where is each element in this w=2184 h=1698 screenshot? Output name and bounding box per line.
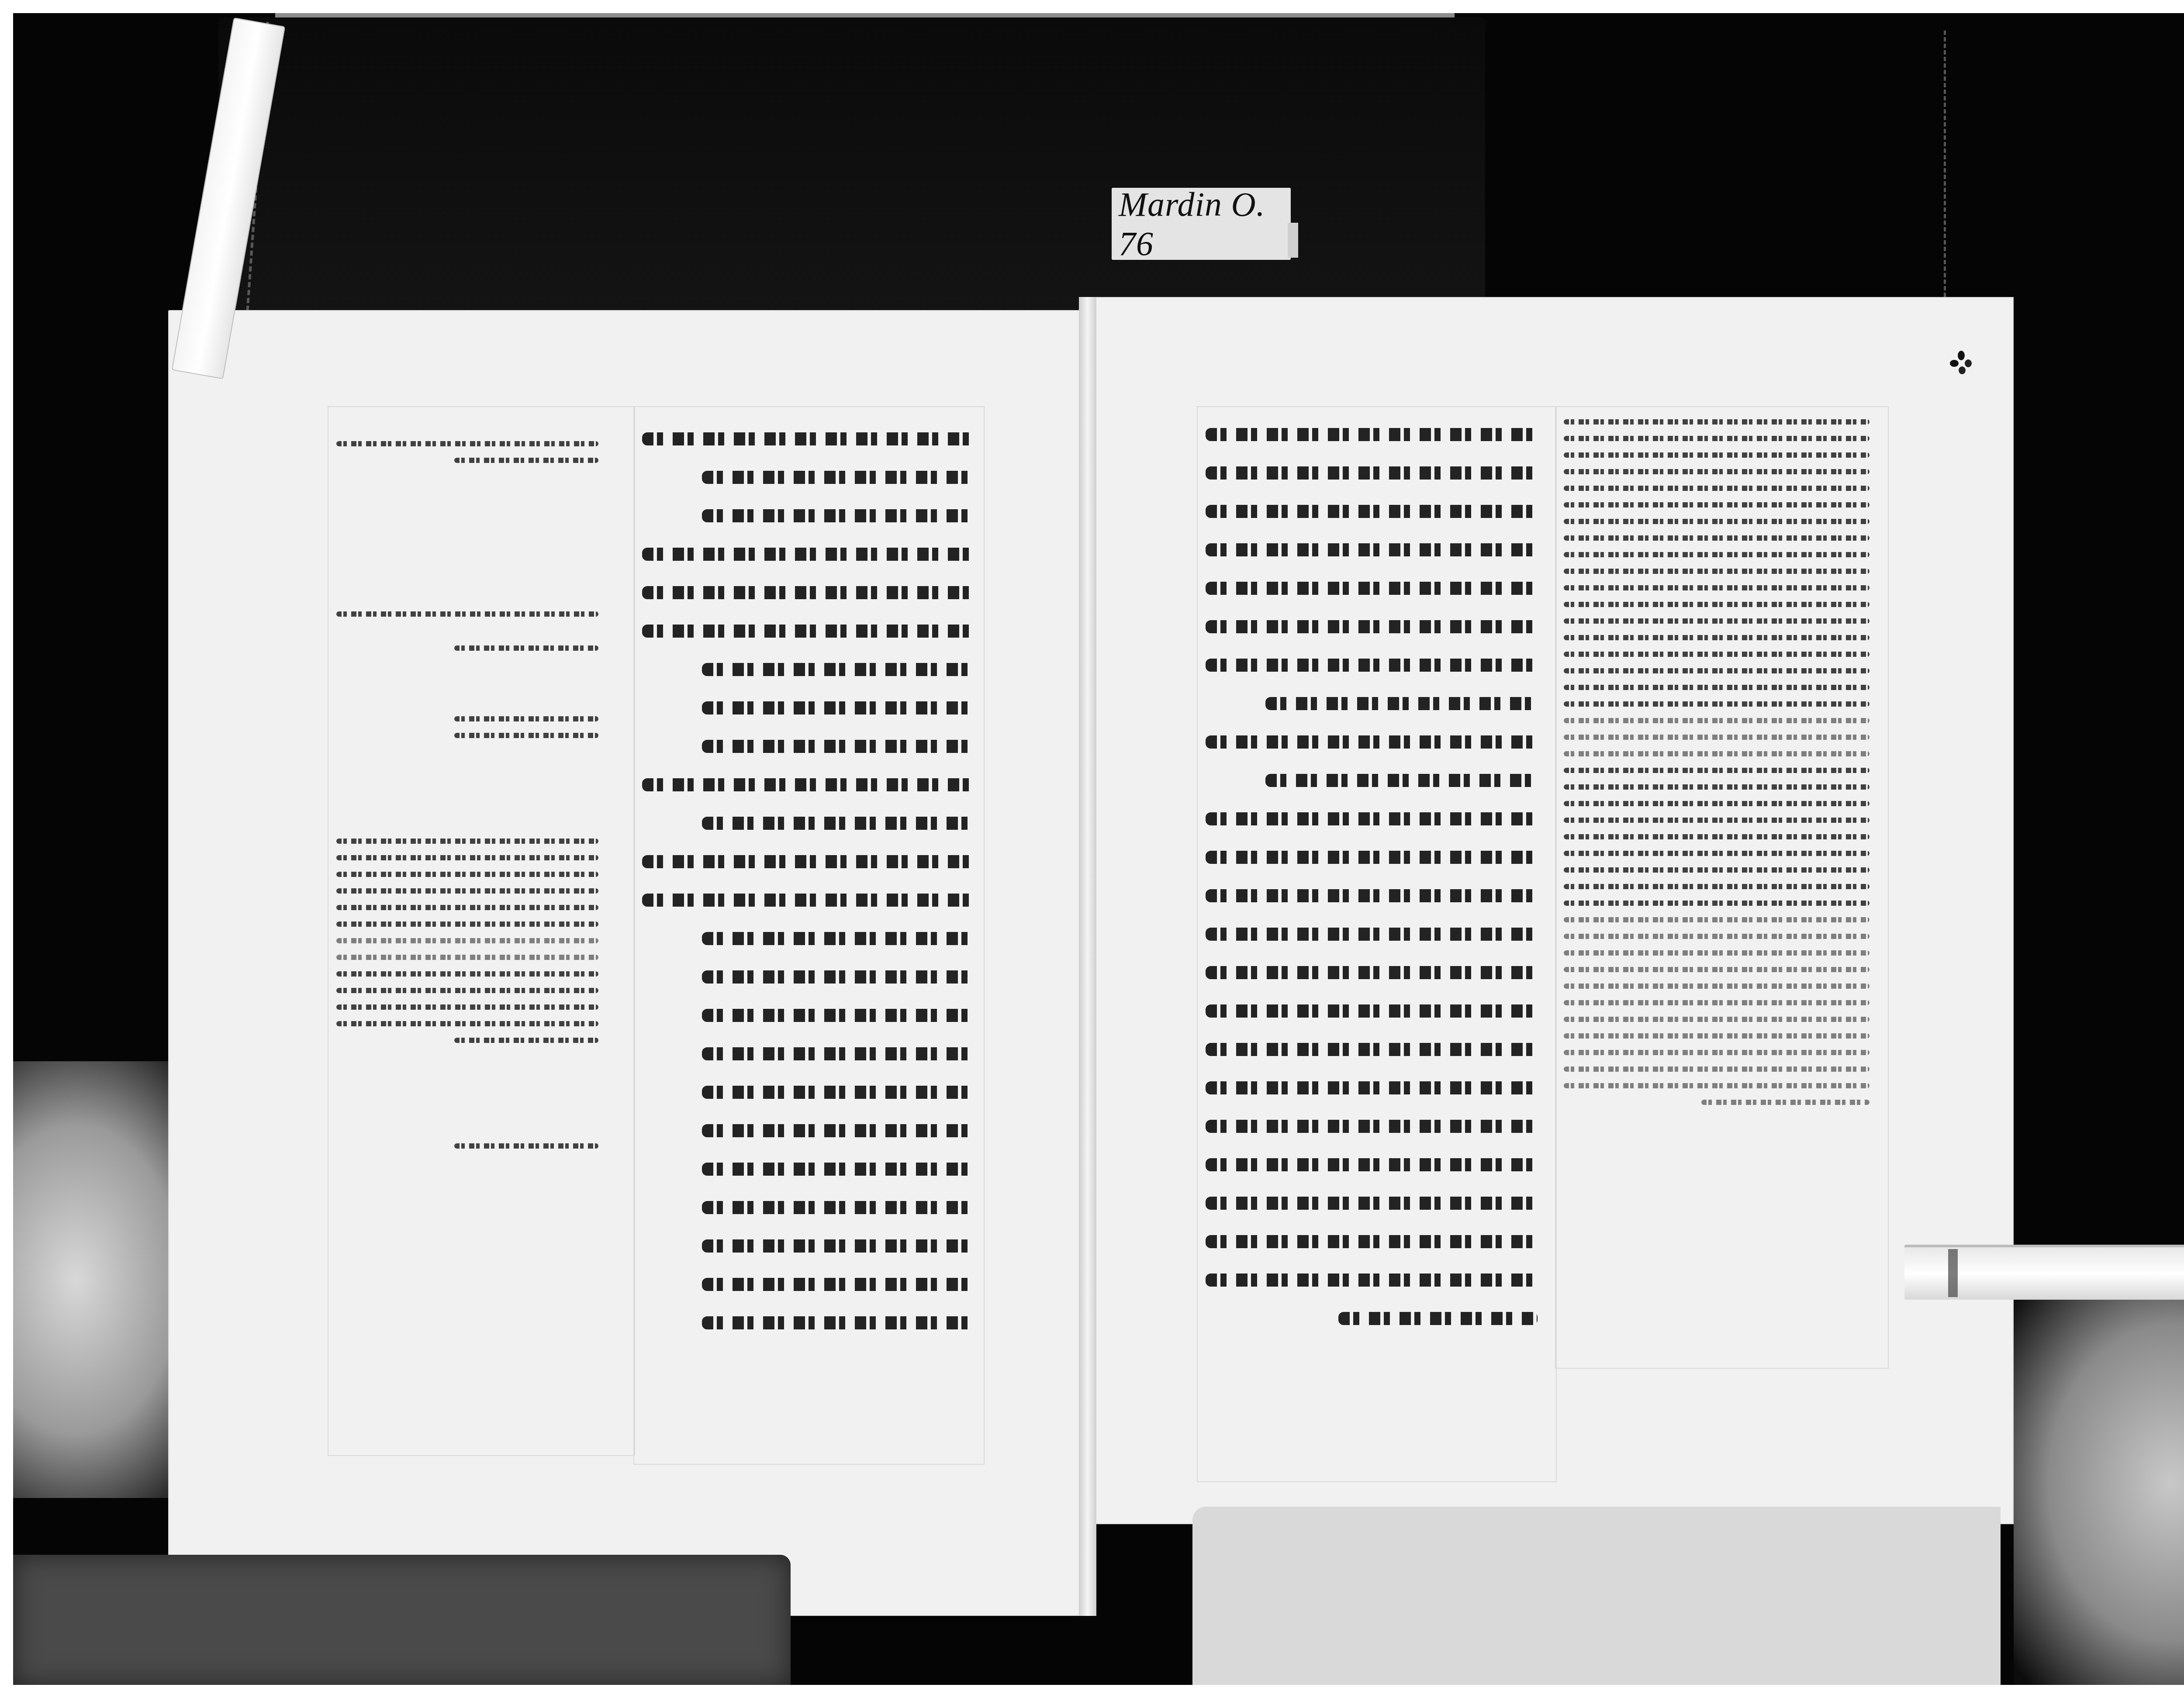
left-margin-notes [336,441,598,1160]
text-line [702,471,974,484]
side-line [1564,502,1870,507]
text-line [1206,466,1538,480]
side-line [1564,602,1870,607]
note-line [336,905,598,910]
side-line [1564,1000,1870,1005]
note-line [336,872,598,877]
text-line [702,1086,974,1099]
book-gutter [1079,297,1096,1616]
text-line [1206,735,1538,749]
text-line [702,1009,974,1022]
text-line [702,663,974,676]
text-line [1206,1273,1538,1287]
text-line [1206,1235,1538,1248]
side-line [1564,917,1870,922]
book-cover-bottom-right [1192,1507,2001,1685]
note-line [336,441,598,446]
side-line [1564,984,1870,989]
text-line [702,1124,974,1137]
note-line [336,938,598,943]
side-line [1564,735,1870,740]
note-line [454,458,598,463]
note-line [336,888,598,894]
side-line [1564,768,1870,773]
side-line [1564,1083,1870,1088]
side-line [1564,668,1870,673]
text-line [702,817,974,830]
side-line [1564,519,1870,524]
text-line [702,701,974,714]
text-line [1206,1120,1538,1133]
side-line [1564,585,1870,590]
text-line [1206,1043,1538,1056]
side-line [1564,751,1870,756]
side-line [1564,1066,1870,1072]
side-line [1564,436,1870,441]
text-line [1206,928,1538,941]
text-line [1338,1312,1538,1325]
side-line [1564,701,1870,707]
text-line [702,970,974,984]
text-line [1206,543,1538,556]
shelf-label-text: Mardin O. 76 [1119,185,1291,263]
box-lid-background [218,17,1485,319]
text-line [1206,1197,1538,1210]
book-cover-bottom-left [13,1555,791,1685]
note-line [454,645,598,651]
text-line [1206,1081,1538,1094]
side-line [1564,801,1870,806]
side-line [1564,867,1870,873]
note-line [336,955,598,960]
note-line [336,971,598,977]
text-line [642,548,974,561]
text-line [1206,620,1538,633]
stitched-seam-right [1944,31,1953,310]
right-side-text [1564,419,1870,1116]
right-main-text [1206,428,1538,1350]
label-tab [1288,223,1298,258]
text-line [702,1201,974,1214]
text-line [642,855,974,868]
note-line [336,839,598,844]
note-line [336,855,598,860]
page-clip-right-hinge [1948,1249,1958,1297]
text-line [1206,851,1538,864]
text-line [702,1316,974,1329]
text-line [1265,697,1538,710]
text-line [702,740,974,753]
text-line [1206,428,1538,441]
note-line [336,611,598,617]
side-line [1564,552,1870,557]
text-line [702,509,974,522]
text-line [1206,505,1538,518]
text-line [702,1278,974,1291]
left-main-text [642,432,974,1355]
side-line [1564,934,1870,939]
text-line [702,932,974,945]
text-line [1265,774,1538,787]
note-line [454,1143,598,1149]
side-line [1701,1100,1870,1105]
page-clip-right [1904,1245,2184,1300]
side-line [1564,950,1870,956]
note-line [454,1038,598,1043]
side-line [1564,818,1870,823]
shelf-label: Mardin O. 76 [1112,188,1291,260]
text-line [1206,1004,1538,1018]
side-line [1564,618,1870,624]
side-line [1564,967,1870,972]
side-line [1564,884,1870,889]
side-line [1564,635,1870,640]
side-line [1564,718,1870,723]
side-line [1564,419,1870,424]
note-line [454,733,598,738]
side-line [1564,569,1870,574]
text-line [1206,812,1538,825]
text-line [702,1047,974,1060]
side-line [1564,834,1870,839]
side-line [1564,851,1870,856]
side-line [1564,901,1870,906]
note-line [336,1021,598,1026]
text-line [642,625,974,638]
side-line [1564,652,1870,657]
side-line [1564,1017,1870,1022]
side-line [1564,452,1870,458]
note-line [454,716,598,721]
photo-frame: Mardin O. 76 [13,13,2184,1685]
side-line [1564,486,1870,491]
text-line [642,432,974,445]
note-line [336,921,598,927]
side-line [1564,1033,1870,1039]
cloth-right [2014,1280,2184,1685]
text-line [642,586,974,599]
text-line [1206,582,1538,595]
text-line [1206,659,1538,672]
note-line [336,1004,598,1010]
text-line [1206,966,1538,979]
four-dot-ornament-icon [1948,349,1974,376]
side-line [1564,469,1870,474]
text-line [642,894,974,907]
text-line [1206,1158,1538,1171]
note-line [336,988,598,993]
text-line [702,1163,974,1176]
side-line [1564,535,1870,541]
text-line [702,1239,974,1253]
text-line [1206,889,1538,902]
side-line [1564,685,1870,690]
side-line [1564,784,1870,790]
text-line [642,778,974,791]
side-line [1564,1050,1870,1055]
